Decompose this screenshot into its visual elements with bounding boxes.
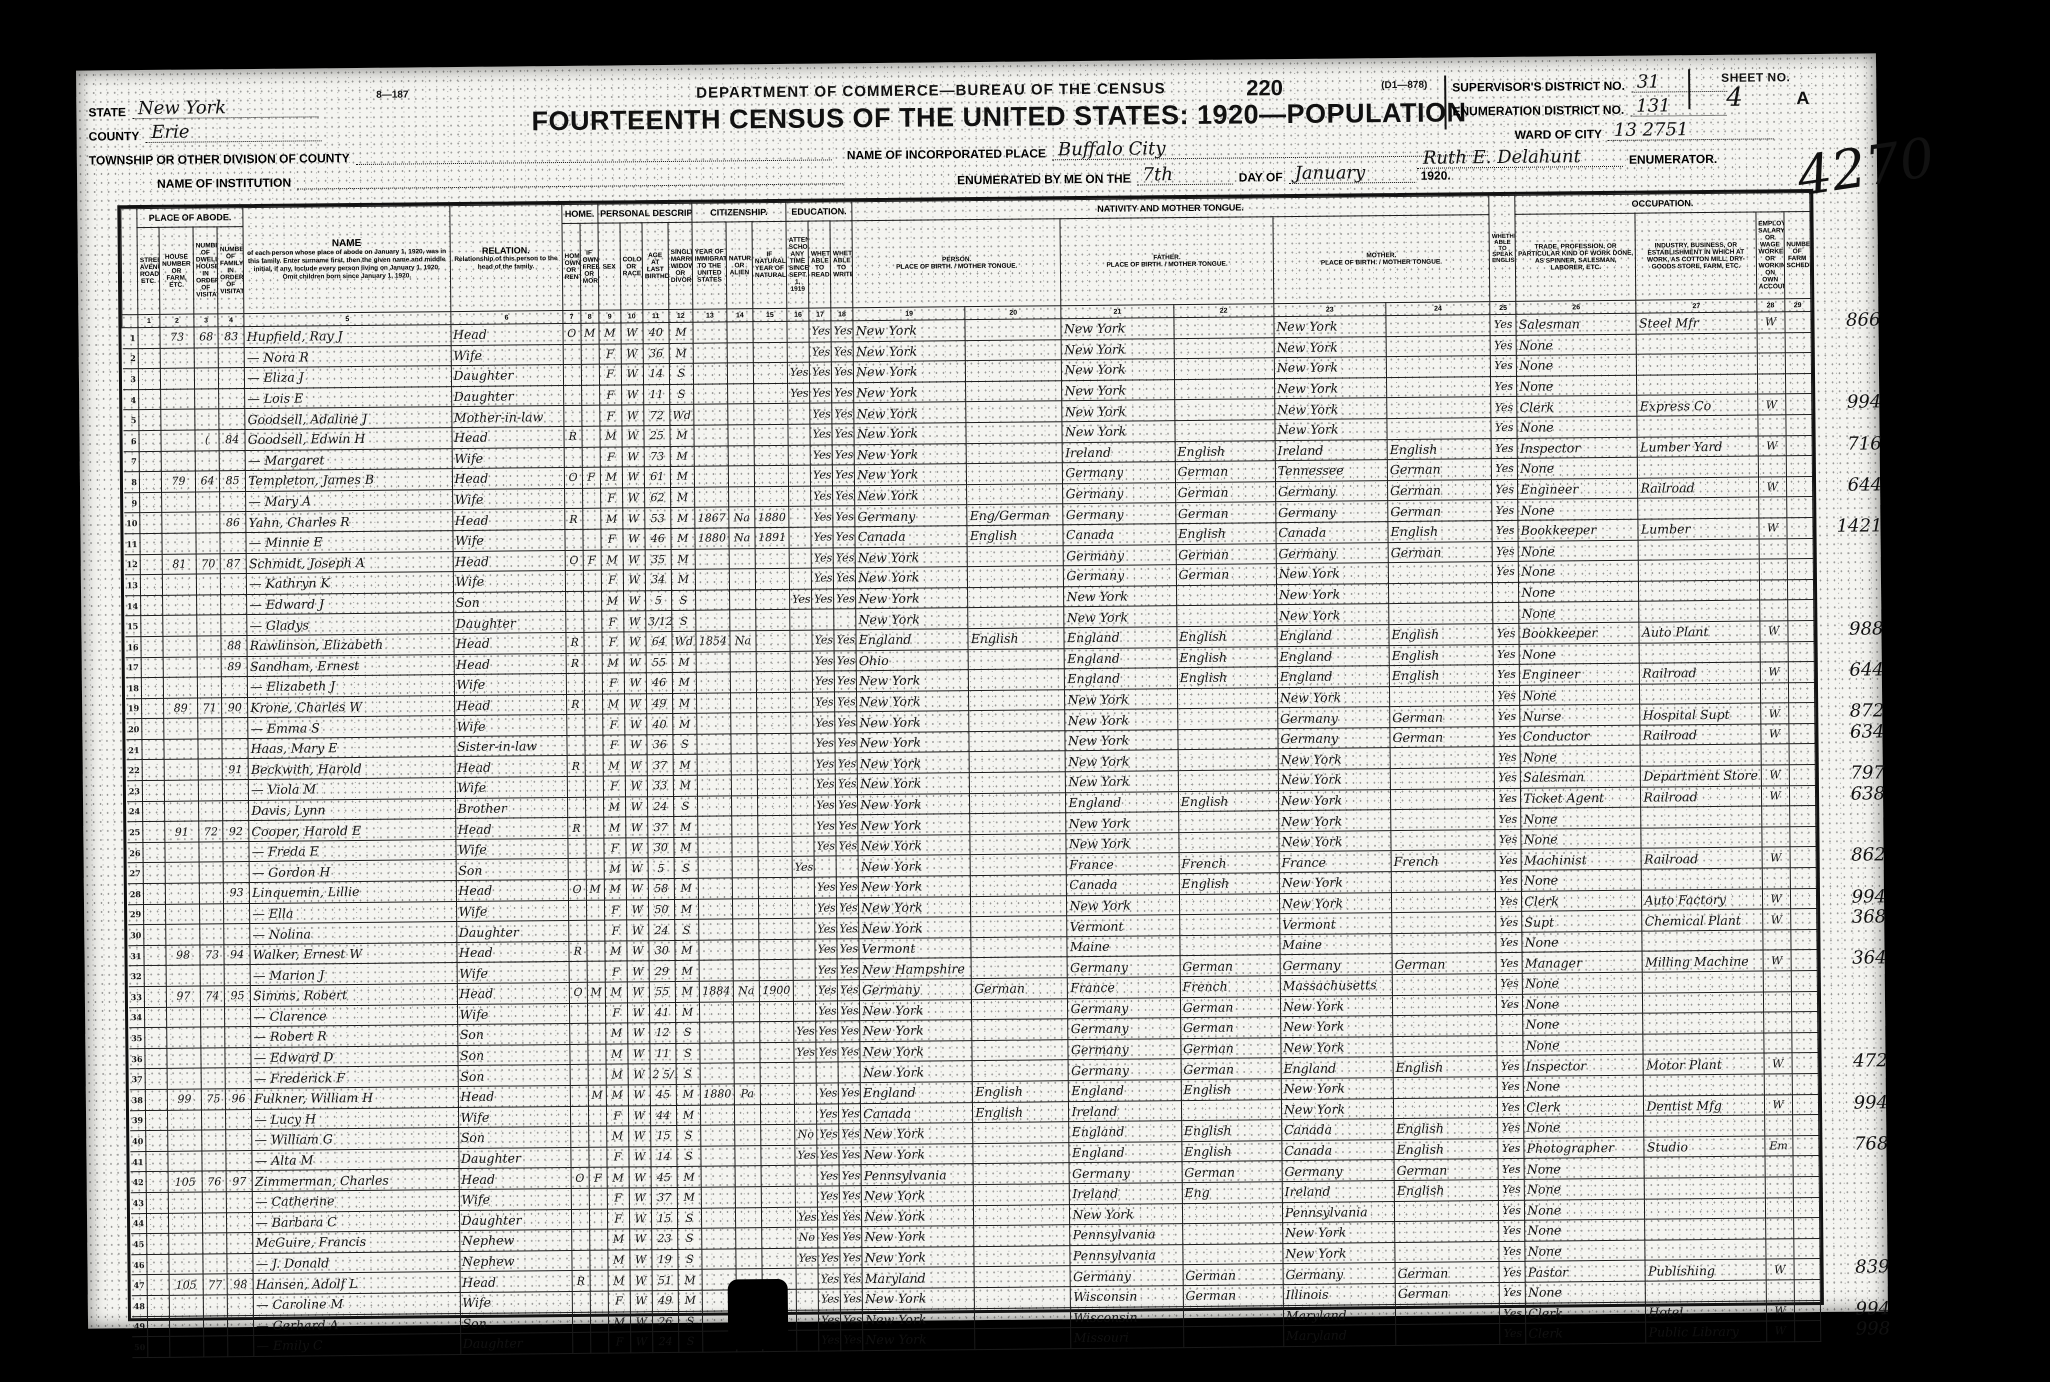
age: 14	[643, 364, 669, 385]
state-value: New York	[132, 96, 318, 119]
sex: M	[607, 1229, 629, 1250]
can-write: Yes	[840, 1206, 862, 1227]
column-number: 29	[1784, 299, 1810, 312]
line-number: 49	[131, 1316, 147, 1337]
age: 37	[647, 755, 673, 776]
age: 24	[652, 1332, 678, 1353]
dwelling-number	[197, 636, 221, 657]
birthplace: New York	[860, 1061, 972, 1083]
attended-school: Yes	[792, 857, 814, 878]
mother-birthplace: Germany	[1276, 542, 1388, 564]
father-birthplace: Germany	[1070, 1162, 1182, 1184]
home-owned	[569, 1003, 587, 1024]
naturalization-status	[727, 342, 753, 363]
home-owned: O	[564, 467, 582, 488]
mother-mother-tongue	[1392, 974, 1496, 996]
mother-birthplace: New York	[1275, 398, 1387, 420]
home-owned: R	[569, 941, 587, 962]
birthplace: New York	[857, 773, 969, 795]
dwelling-number	[202, 1109, 226, 1130]
personal-description-header: PERSONAL DESCRIPTION.	[598, 203, 692, 223]
attended-school: Yes	[796, 1248, 818, 1269]
can-write: Yes	[841, 1330, 863, 1351]
street-cell	[140, 554, 162, 575]
naturalization-year	[754, 424, 788, 445]
race: W	[623, 590, 645, 611]
race: W	[623, 508, 645, 529]
worker-class	[1758, 415, 1786, 436]
sex: M	[602, 652, 624, 673]
mother-tongue	[975, 1287, 1071, 1309]
dwelling-number	[194, 368, 218, 389]
enumerator-field: Ruth E. Delahunt ENUMERATOR.	[1417, 145, 1717, 169]
naturalization-year	[757, 713, 791, 734]
can-write: Yes	[839, 1124, 861, 1145]
speaks-english: Yes	[1500, 1303, 1526, 1324]
sex: M	[600, 426, 622, 447]
census-rows: 1736883Hupfield, Ray JHeadOMMW40MYesYesN…	[122, 312, 1821, 1358]
age: 41	[649, 1002, 675, 1023]
race: W	[627, 982, 649, 1003]
occupation-trade: Clerk	[1524, 1096, 1644, 1118]
street-cell	[147, 1316, 169, 1337]
mother-tongue	[965, 319, 1061, 341]
father-birthplace: New York	[1064, 606, 1176, 628]
home-owned: R	[564, 509, 582, 530]
attended-school	[789, 568, 811, 589]
house-number	[170, 1336, 204, 1357]
marital-status: M	[670, 425, 694, 446]
naturalization-year	[762, 1227, 796, 1248]
can-read: Yes	[818, 1227, 840, 1248]
attended-school	[796, 1310, 818, 1331]
person-name: Hansen, Adolf L	[253, 1272, 460, 1295]
father-birthplace: Germany	[1068, 1038, 1180, 1060]
line-number: 48	[131, 1295, 147, 1316]
farm-schedule-cell	[1789, 744, 1816, 765]
marital-status: S	[674, 858, 698, 879]
dwelling-number	[202, 1192, 226, 1213]
house-number	[167, 1068, 201, 1089]
birthplace: England	[856, 629, 968, 651]
township-field: TOWNSHIP OR OTHER DIVISION OF COUNTY	[89, 139, 832, 167]
occupation-industry	[1643, 971, 1763, 993]
margin-occupation-code: 716	[1847, 433, 1882, 454]
farm-schedule-cell: 872	[1788, 703, 1815, 724]
naturalization-status	[733, 1001, 759, 1022]
ward-field: WARD OF CITY 13 2751	[1515, 118, 1775, 141]
margin-occupation-code: 644	[1848, 474, 1883, 495]
mother-birthplace: England	[1277, 624, 1389, 646]
farm-schedule-cell: 862	[1790, 847, 1817, 868]
mother-mother-tongue	[1386, 356, 1490, 378]
street-cell	[140, 533, 162, 554]
mother-tongue	[970, 834, 1066, 856]
occupation-trade: None	[1518, 540, 1638, 562]
marital-status: M	[677, 1187, 701, 1208]
speaks-english: Yes	[1493, 561, 1519, 582]
person-name: — Frederick F	[251, 1066, 458, 1089]
age: 37	[648, 817, 674, 838]
mother-tongue	[971, 937, 1067, 959]
occupation-trade: None	[1525, 1240, 1645, 1262]
speaks-english: Yes	[1497, 1056, 1523, 1077]
family-number: 93	[223, 883, 249, 904]
marital-status: M	[672, 672, 696, 693]
can-write: Yes	[839, 1144, 861, 1165]
father-mother-tongue	[1177, 708, 1277, 730]
family-number: 98	[227, 1274, 253, 1295]
mother-birthplace: Germany	[1282, 1160, 1394, 1182]
can-write: Yes	[837, 897, 859, 918]
father-mother-tongue: Eng	[1182, 1182, 1282, 1204]
mother-birthplace: New York	[1281, 1036, 1393, 1058]
naturalization-year	[756, 630, 790, 651]
family-number: 89	[221, 656, 247, 677]
speaks-english: Yes	[1498, 1117, 1524, 1138]
occupation-industry	[1642, 868, 1762, 890]
street-cell	[145, 1028, 167, 1049]
house-number	[165, 862, 199, 883]
race: W	[630, 1270, 652, 1291]
occupation-trade: Machinist	[1521, 849, 1641, 871]
farm-schedule-cell	[1787, 538, 1814, 559]
birthplace: New York	[858, 834, 970, 856]
can-write: Yes	[834, 588, 856, 609]
family-number	[226, 1150, 252, 1171]
father-birthplace: Germany	[1064, 565, 1176, 587]
can-write: Yes	[834, 671, 856, 692]
house-number	[163, 595, 197, 616]
home-owned: R	[566, 653, 584, 674]
race: W	[627, 961, 649, 982]
mother-tongue	[972, 1039, 1068, 1061]
father-mother-tongue	[1182, 1223, 1282, 1245]
age: 30	[649, 940, 675, 961]
home-mortgaged	[584, 632, 602, 653]
naturalization-year	[757, 692, 791, 713]
father-birthplace: New York	[1061, 318, 1173, 340]
house-number	[164, 759, 198, 780]
birthplace: New York	[858, 814, 970, 836]
relationship: Son	[457, 1044, 569, 1066]
mother-tongue	[974, 1184, 1070, 1206]
father-birthplace: Missouri	[1071, 1327, 1183, 1349]
speaks-english: Yes	[1496, 912, 1522, 933]
education-header: EDUCATION.	[786, 202, 852, 222]
naturalization-status	[729, 589, 755, 610]
naturalization-status	[730, 672, 756, 693]
farm-schedule-cell: 797	[1789, 765, 1816, 786]
occupation-industry	[1640, 744, 1760, 766]
person-name: — Eliza J	[245, 366, 452, 389]
house-number	[161, 430, 195, 451]
father-mother-tongue: English	[1178, 790, 1278, 812]
home-owned	[566, 673, 584, 694]
father-mother-tongue: German	[1176, 564, 1276, 586]
race: W	[629, 1188, 651, 1209]
can-read: Yes	[814, 815, 836, 836]
page-title: FOURTEENTH CENSUS OF THE UNITED STATES: …	[531, 97, 1466, 137]
speaks-english: Yes	[1492, 459, 1518, 480]
occupation-industry	[1639, 539, 1759, 561]
person-name: — Minnie E	[246, 531, 453, 554]
naturalization-status	[730, 610, 756, 631]
father-birthplace: France	[1067, 853, 1179, 875]
speaks-english: Yes	[1497, 994, 1523, 1015]
home-owned	[569, 1023, 587, 1044]
occupation-industry: Auto Factory	[1642, 889, 1762, 911]
farm-schedule-cell: 866	[1785, 312, 1812, 333]
can-read: Yes	[816, 1083, 838, 1104]
mother-mother-tongue	[1389, 685, 1493, 707]
farm-schedule-cell	[1785, 332, 1812, 353]
occupation-trade: None	[1523, 1034, 1643, 1056]
person-name: — Kathryn K	[247, 572, 454, 595]
street-cell	[143, 883, 165, 904]
home-owned	[568, 838, 586, 859]
speaks-english: Yes	[1495, 788, 1521, 809]
mother-mother-tongue: German	[1388, 500, 1492, 522]
column-number: 8	[581, 310, 599, 323]
margin-occupation-code: 364	[1852, 948, 1887, 969]
farm-schedule-cell	[1788, 641, 1815, 662]
mother-tongue	[969, 751, 1065, 773]
street-cell	[147, 1233, 169, 1254]
line-number: 47	[131, 1275, 147, 1296]
occupation-trade: Clerk	[1526, 1322, 1646, 1344]
can-read: Yes	[812, 589, 834, 610]
mother-birthplace: Germany	[1277, 707, 1389, 729]
house-number	[162, 512, 196, 533]
mother-birthplace: New York	[1279, 830, 1391, 852]
age: 40	[647, 714, 673, 735]
street-cell	[141, 595, 163, 616]
marital-status: M	[671, 569, 695, 590]
mother-tongue	[971, 895, 1067, 917]
dwelling-number	[198, 759, 222, 780]
family-number	[218, 368, 244, 389]
mother-mother-tongue	[1394, 1200, 1498, 1222]
house-number	[169, 1233, 203, 1254]
father-birthplace: Germany	[1068, 997, 1180, 1019]
dwelling-number: 70	[196, 553, 220, 574]
immigration-year	[696, 610, 730, 631]
can-write: Yes	[835, 691, 857, 712]
mother-mother-tongue	[1392, 912, 1496, 934]
home-mortgaged	[584, 714, 602, 735]
sex: M	[607, 1167, 629, 1188]
farm-schedule-cell	[1787, 559, 1814, 580]
can-write: Yes	[834, 630, 856, 651]
immigration-year	[696, 693, 730, 714]
relationship: Wife	[457, 1003, 569, 1025]
race: W	[628, 1064, 650, 1085]
department-title: DEPARTMENT OF COMMERCE—BUREAU OF THE CEN…	[696, 80, 1166, 102]
race: W	[628, 1085, 650, 1106]
race: W	[625, 755, 647, 776]
immigration-year	[701, 1166, 735, 1187]
worker-class: W	[1764, 1094, 1792, 1115]
farm-schedule-cell: 1421	[1787, 517, 1814, 538]
naturalization-status	[736, 1228, 762, 1249]
mother-birthplace: Illinois	[1283, 1283, 1395, 1305]
occupation-industry	[1644, 1115, 1764, 1137]
marital-status: M	[669, 322, 693, 343]
sex: M	[605, 1023, 627, 1044]
occupation-trade: None	[1519, 560, 1639, 582]
home-owned	[572, 1332, 590, 1353]
occupation-trade: Ticket Agent	[1521, 787, 1641, 809]
home-mortgaged	[586, 859, 604, 880]
street-cell	[144, 945, 166, 966]
home-owned	[570, 1126, 588, 1147]
sex: F	[604, 900, 626, 921]
home-owned	[568, 900, 586, 921]
occupation-trade: None	[1520, 684, 1640, 706]
worker-class	[1757, 332, 1785, 353]
street-cell	[138, 369, 160, 390]
birthplace: New York	[861, 1143, 973, 1165]
margin-occupation-code: 644	[1849, 659, 1884, 680]
line-number: 12	[124, 554, 140, 575]
sex: M	[605, 982, 627, 1003]
farm-schedule-cell	[1794, 1279, 1821, 1300]
mother-tongue	[974, 1225, 1070, 1247]
can-read: Yes	[815, 898, 837, 919]
immigration-year: 1854	[696, 631, 730, 652]
street-cell	[147, 1275, 169, 1296]
street-cell	[141, 657, 163, 678]
home-owned: R	[567, 818, 585, 839]
mother-tongue: English	[973, 1081, 1069, 1103]
immigration-year	[701, 1187, 735, 1208]
family-number	[221, 615, 247, 636]
street-cell	[143, 863, 165, 884]
mother-birthplace: New York	[1281, 1098, 1393, 1120]
line-number: 11	[124, 534, 140, 555]
person-name: Cooper, Harold E	[249, 819, 456, 842]
occupation-industry	[1642, 930, 1762, 952]
mother-mother-tongue: French	[1391, 850, 1495, 872]
father-birthplace: Canada	[1063, 524, 1175, 546]
street-cell	[139, 389, 161, 410]
father-mother-tongue: English	[1177, 667, 1277, 689]
line-number: 32	[128, 966, 144, 987]
can-write: Yes	[834, 650, 856, 671]
marital-status: M	[673, 755, 697, 776]
speaks-english: Yes	[1494, 706, 1520, 727]
house-number	[164, 739, 198, 760]
occupation-trade: None	[1519, 602, 1639, 624]
enumerator-value: Ruth E. Delahunt	[1417, 146, 1623, 169]
immigration-year	[694, 487, 728, 508]
mother-mother-tongue: German	[1395, 1282, 1499, 1304]
column-number: 10	[621, 310, 643, 323]
birthplace: New York	[856, 670, 968, 692]
home-mortgaged	[585, 776, 603, 797]
farm-schedule-cell	[1793, 1156, 1820, 1177]
person-name: Goodsell, Edwin H	[245, 428, 452, 451]
house-number	[167, 1007, 201, 1028]
age: 12	[649, 1023, 675, 1044]
marital-status: S	[675, 919, 699, 940]
home-owned	[563, 344, 581, 365]
age: 3/12	[646, 611, 672, 632]
attended-school	[789, 527, 811, 548]
age: 19	[652, 1249, 678, 1270]
house-number	[163, 657, 197, 678]
speaks-english	[1493, 582, 1519, 603]
mother-tongue	[973, 1122, 1069, 1144]
age: 36	[643, 343, 669, 364]
occupation-trade: Bookkeeper	[1519, 622, 1639, 644]
mother-tongue	[969, 731, 1065, 753]
race: W	[624, 652, 646, 673]
relationship: Son	[458, 1127, 570, 1149]
occupation-trade: None	[1524, 1116, 1644, 1138]
worker-class	[1762, 868, 1790, 889]
immigration-year	[701, 1146, 735, 1167]
race: W	[626, 838, 648, 859]
family-number: 92	[223, 821, 249, 842]
house-number	[160, 368, 194, 389]
naturalization-year	[761, 1207, 795, 1228]
can-write: Yes	[840, 1268, 862, 1289]
worker-class: W	[1766, 1321, 1794, 1342]
immigration-year	[697, 734, 731, 755]
occupation-trade: None	[1519, 643, 1639, 665]
home-mortgaged	[583, 529, 601, 550]
mother-mother-tongue: German	[1392, 953, 1496, 975]
birthplace: New York	[863, 1308, 975, 1330]
ink-blot	[728, 1279, 789, 1350]
father-birthplace: England	[1065, 668, 1177, 690]
immigration-year	[700, 1104, 734, 1125]
worker-class	[1758, 497, 1786, 518]
immigration-year	[697, 713, 731, 734]
occupation-trade: None	[1516, 334, 1636, 356]
age: 64	[646, 631, 672, 652]
home-owned	[565, 591, 583, 612]
attended-school	[787, 321, 809, 342]
attended-school	[788, 445, 810, 466]
line-number: 1	[122, 328, 138, 349]
can-write: Yes	[836, 877, 858, 898]
attended-school	[796, 1289, 818, 1310]
occupation-trade: None	[1523, 1013, 1643, 1035]
worker-class	[1761, 744, 1789, 765]
farm-schedule-cell	[1787, 600, 1814, 621]
relationship: Head	[456, 880, 568, 902]
worker-class	[1765, 1197, 1793, 1218]
birthplace: New York	[854, 464, 966, 486]
occupation-trade: None	[1521, 807, 1641, 829]
father-birthplace: Germany	[1071, 1265, 1183, 1287]
occupation-industry: Department Store	[1641, 765, 1761, 787]
attended-school	[791, 754, 813, 775]
occupation-trade: Engineer	[1520, 663, 1640, 685]
age: 30	[648, 837, 674, 858]
attended-school: Yes	[788, 383, 810, 404]
street-cell	[141, 677, 163, 698]
person-name: — Gladys	[247, 613, 454, 636]
relationship: Head	[450, 324, 562, 346]
district-bracket	[1444, 76, 1447, 130]
mother-birthplace: New York	[1274, 336, 1386, 358]
sex: M	[600, 508, 622, 529]
mother-mother-tongue	[1393, 1015, 1497, 1037]
